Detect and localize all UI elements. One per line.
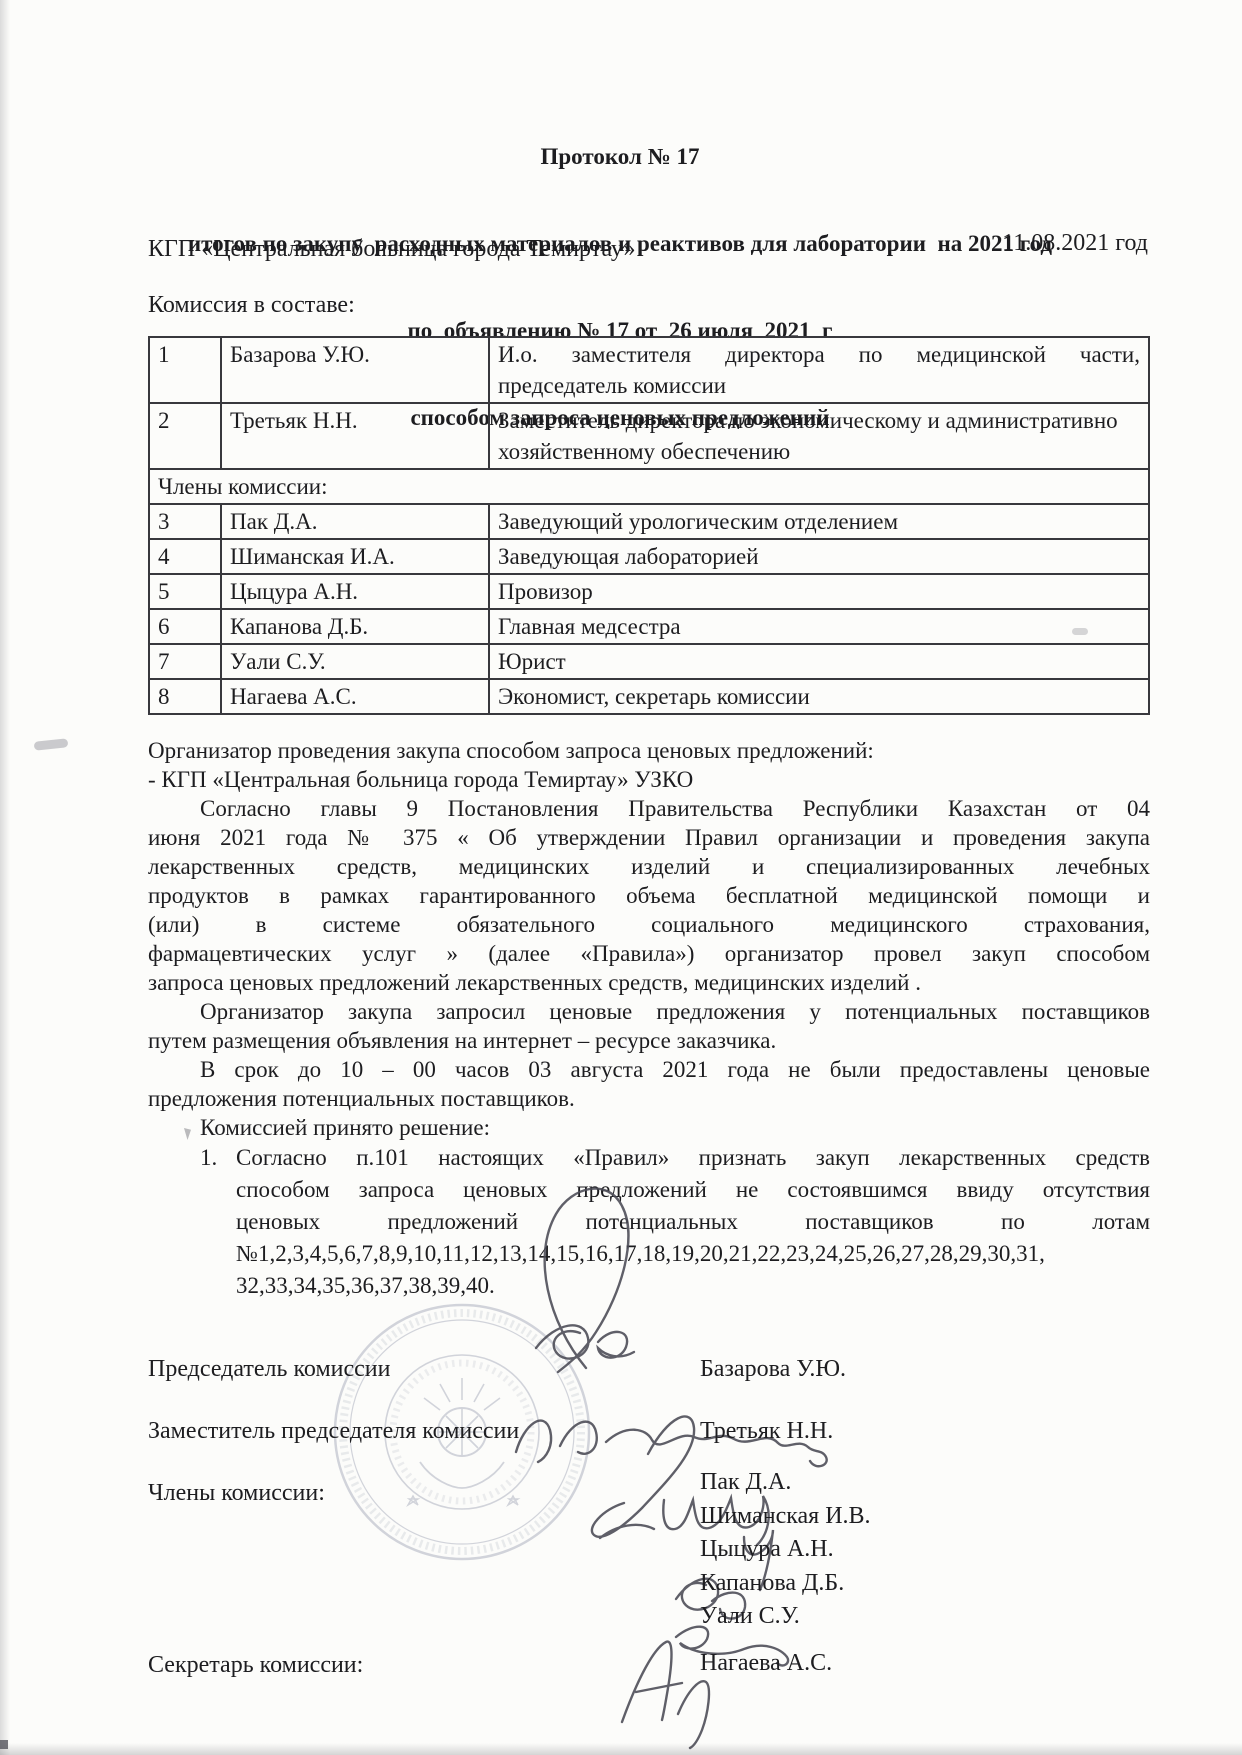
table-row: 3 Пак Д.А. Заведующий урологическим отде… xyxy=(149,504,1149,539)
member-role: Главная медсестра xyxy=(489,609,1149,644)
lots-line: №1,2,3,4,5,6,7,8,9,10,11,12,13,14,15,16,… xyxy=(236,1238,1150,1270)
member-name: Цыцура А.Н. xyxy=(221,574,489,609)
row-number: 6 xyxy=(149,609,221,644)
document-date: 11.08.2021 год xyxy=(1002,230,1148,257)
organizer-heading: Организатор проведения закупа способом з… xyxy=(148,736,1150,765)
signature-member xyxy=(600,1525,654,1538)
signature-chairman xyxy=(536,1325,588,1358)
row-number: 3 xyxy=(149,504,221,539)
request-paragraph: Организатор закупа запросил ценовые пред… xyxy=(148,997,1150,1055)
member-role: Провизор xyxy=(489,574,1149,609)
row-number: 7 xyxy=(149,644,221,679)
commission-table: 1 Базарова У.Ю. И.о. заместителя директо… xyxy=(148,336,1150,715)
paragraph-line: Согласно главы 9 Постановления Правитель… xyxy=(148,794,1150,823)
deputy-label: Заместитель председателя комиссии xyxy=(148,1418,519,1445)
member-name: Уали С.У. xyxy=(221,644,489,679)
table-row: 8 Нагаева А.С. Экономист, секретарь коми… xyxy=(149,679,1149,714)
signature-name: Цыцура А.Н. xyxy=(700,1533,871,1567)
chairman-label: Председатель комиссии xyxy=(148,1356,390,1383)
row-number: 4 xyxy=(149,539,221,574)
paragraph-line: Организатор закупа запросил ценовые пред… xyxy=(148,997,1150,1026)
members-section-heading: Члены комиссии: xyxy=(149,469,1149,504)
role-line: хозяйственному обеспечению xyxy=(498,436,1140,467)
table-row: 1 Базарова У.Ю. И.о. заместителя директо… xyxy=(149,337,1149,403)
signature-name: Пак Д.А. xyxy=(700,1466,871,1500)
paragraph-line: В срок до 10 – 00 часов 03 августа 2021 … xyxy=(148,1055,1150,1084)
decision-heading: Комиссией принято решение: xyxy=(148,1113,1150,1142)
signature-name: Уали С.У. xyxy=(700,1600,871,1634)
signature-member xyxy=(592,1416,694,1536)
row-number: 5 xyxy=(149,574,221,609)
organizer-value: - КГП «Центральная больница города Темир… xyxy=(148,765,1150,794)
decision-item: 1. Согласно п.101 настоящих «Правил» при… xyxy=(148,1142,1150,1302)
member-role: Заместитель директора по экономическому … xyxy=(489,403,1149,469)
deputy-name: Третьяк Н.Н. xyxy=(700,1418,833,1445)
decision-line: Согласно п.101 настоящих «Правил» призна… xyxy=(236,1142,1150,1174)
signature-secretary xyxy=(622,1642,672,1722)
row-number: 2 xyxy=(149,403,221,469)
secretary-label: Секретарь комиссии: xyxy=(148,1652,363,1679)
member-name: Нагаева А.С. xyxy=(221,679,489,714)
paragraph-line: лекарственных средств, медицинских издел… xyxy=(148,852,1150,881)
secretary-name: Нагаева А.С. xyxy=(700,1650,832,1677)
document-body: Организатор проведения закупа способом з… xyxy=(148,736,1150,1302)
role-line: председатель комиссии xyxy=(498,370,1140,401)
table-row: 7 Уали С.У. Юрист xyxy=(149,644,1149,679)
organization-name: КГП «Центральная больница города Темирта… xyxy=(148,236,636,262)
chairman-name: Базарова У.Ю. xyxy=(700,1356,846,1383)
member-name: Третьяк Н.Н. xyxy=(221,403,489,469)
decision-line: ценовых предложений потенциальных постав… xyxy=(236,1206,1150,1238)
member-name: Базарова У.Ю. xyxy=(221,337,489,403)
paragraph-line: запроса ценовых предложений лекарственны… xyxy=(148,968,1150,997)
signature-deputy xyxy=(516,1421,551,1462)
member-name: Капанова Д.Б. xyxy=(221,609,489,644)
paragraph-line: предложения потенциальных поставщиков. xyxy=(148,1084,1150,1113)
scan-edge-shadow-bottom xyxy=(0,1743,1242,1755)
scan-smudge xyxy=(34,738,69,751)
paragraph-line: (или) в системе обязательного социальног… xyxy=(148,910,1150,939)
member-name: Шиманская И.А. xyxy=(221,539,489,574)
scanned-protocol-page: Протокол № 17 итогов по закупу расходных… xyxy=(0,0,1242,1755)
row-number: 1 xyxy=(149,337,221,403)
member-role: Экономист, секретарь комиссии xyxy=(489,679,1149,714)
paragraph-line: июня 2021 года № 375 « Об утверждении Пр… xyxy=(148,823,1150,852)
signature-deputy xyxy=(560,1422,597,1454)
member-role: Юрист xyxy=(489,644,1149,679)
table-row: 4 Шиманская И.А. Заведующая лабораторией xyxy=(149,539,1149,574)
decision-line: способом запроса ценовых предложений не … xyxy=(236,1174,1150,1206)
role-line: Заместитель директора по экономическому … xyxy=(498,405,1140,436)
paragraph-line: путем размещения объявления на интернет … xyxy=(148,1026,1150,1055)
signature-secretary xyxy=(678,1681,709,1748)
scan-corner-mark xyxy=(0,1740,8,1749)
member-role: Заведующий урологическим отделением xyxy=(489,504,1149,539)
table-section-row: Члены комиссии: xyxy=(149,469,1149,504)
deadline-paragraph: В срок до 10 – 00 часов 03 августа 2021 … xyxy=(148,1055,1150,1113)
member-signature-names: Пак Д.А. Шиманская И.В. Цыцура А.Н. Капа… xyxy=(700,1466,871,1634)
role-line: И.о. заместителя директора по медицинско… xyxy=(498,339,1140,370)
org-date-row: КГП «Центральная больница города Темирта… xyxy=(148,236,1148,263)
signature-secretary xyxy=(636,1683,682,1692)
decision-text: Согласно п.101 настоящих «Правил» призна… xyxy=(236,1142,1150,1302)
member-role: Заведующая лабораторией xyxy=(489,539,1149,574)
lots-line: 32,33,34,35,36,37,38,39,40. xyxy=(236,1270,1150,1302)
law-paragraph: Согласно главы 9 Постановления Правитель… xyxy=(148,794,1150,997)
row-number: 8 xyxy=(149,679,221,714)
table-row: 2 Третьяк Н.Н. Заместитель директора по … xyxy=(149,403,1149,469)
table-row: 5 Цыцура А.Н. Провизор xyxy=(149,574,1149,609)
decision-number: 1. xyxy=(200,1142,217,1174)
commission-heading: Комиссия в составе: xyxy=(148,292,355,319)
paragraph-line: продуктов в рамках гарантированного объе… xyxy=(148,881,1150,910)
member-role: И.о. заместителя директора по медицинско… xyxy=(489,337,1149,403)
scan-edge-shadow-left xyxy=(0,0,10,1755)
signature-chairman xyxy=(598,1332,634,1358)
paragraph-line: фармацевтических услуг » (далее «Правила… xyxy=(148,939,1150,968)
table-row: 6 Капанова Д.Б. Главная медсестра xyxy=(149,609,1149,644)
signature-name: Шиманская И.В. xyxy=(700,1500,871,1534)
title-line-1: Протокол № 17 xyxy=(70,142,1170,171)
member-name: Пак Д.А. xyxy=(221,504,489,539)
members-label: Члены комиссии: xyxy=(148,1480,325,1507)
signature-name: Капанова Д.Б. xyxy=(700,1567,871,1601)
